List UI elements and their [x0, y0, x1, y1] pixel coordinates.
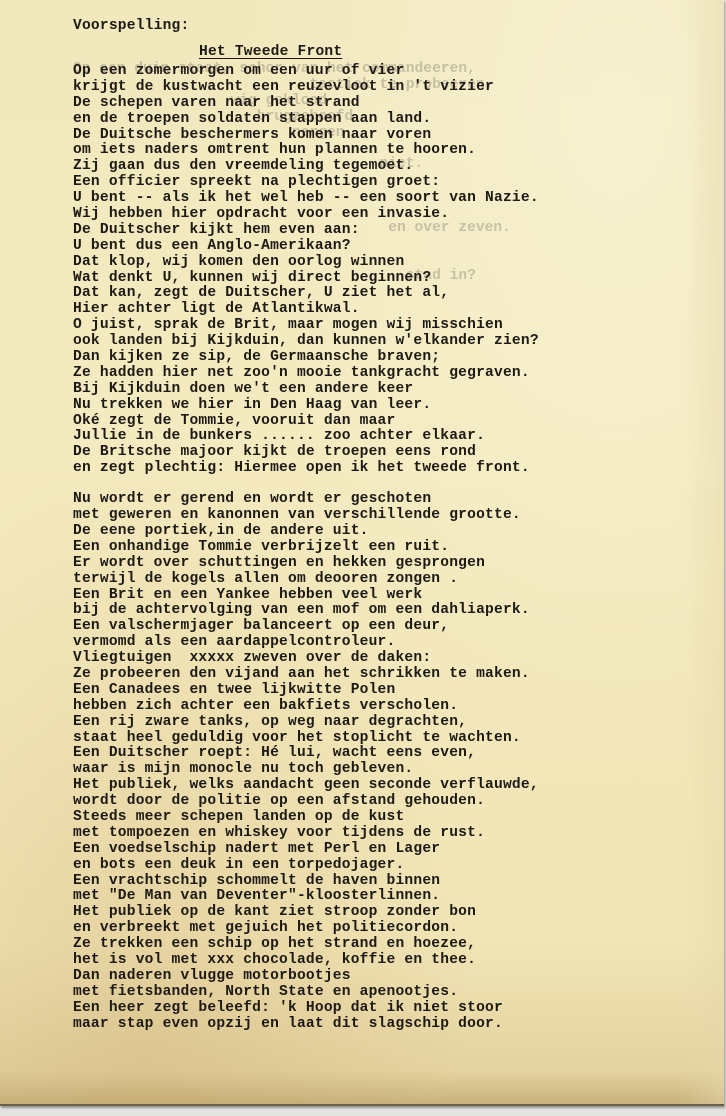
- poem-line: Bij Kijkduin doen we't een andere keer: [73, 382, 539, 398]
- poem-line: en de troepen soldaten stappen aan land.: [73, 112, 539, 128]
- poem-line: O juist, sprak de Brit, maar mogen wij m…: [73, 318, 539, 334]
- poem-line: Dat klop, wij komen den oorlog winnen: [73, 255, 539, 271]
- poem-line: vermomd als een aardappelcontroleur.: [73, 635, 539, 651]
- poem-line: U bent dus een Anglo-Amerikaan?: [73, 239, 539, 255]
- poem-line: Dan kijken ze sip, de Germaansche braven…: [73, 350, 539, 366]
- poem-line: Dat kan, zegt de Duitscher, U ziet het a…: [73, 286, 539, 302]
- poem-line: Het publiek, welks aandacht geen seconde…: [73, 778, 539, 794]
- poem-line: met geweren en kanonnen van verschillend…: [73, 508, 539, 524]
- poem-line: Oké zegt de Tommie, vooruit dan maar: [73, 414, 539, 430]
- poem-line: Het publiek op de kant ziet stroop zonde…: [73, 905, 539, 921]
- poem-line: Wat denkt U, kunnen wij direct beginnen?: [73, 271, 539, 287]
- poem-line: Een officier spreekt na plechtigen groet…: [73, 175, 539, 191]
- poem-line: Een valschermjager balanceert op een deu…: [73, 619, 539, 635]
- poem-line: om iets naders omtrent hun plannen te ho…: [73, 143, 539, 159]
- poem-line: terwijl de kogels allen om deooren zonge…: [73, 572, 539, 588]
- poem-line: met tompoezen en whiskey voor tijdens de…: [73, 826, 539, 842]
- poem-line: De schepen varen naar het strand: [73, 96, 539, 112]
- poem-line: Steeds meer schepen landen op de kust: [73, 810, 539, 826]
- poem-line: staat heel geduldig voor het stoplicht t…: [73, 731, 539, 747]
- poem-line: Ze hadden hier net zoo'n mooie tankgrach…: [73, 366, 539, 382]
- poem-line: krijgt de kustwacht een reuzevloot in 't…: [73, 80, 539, 96]
- poem-line: Dan naderen vlugge motorbootjes: [73, 969, 539, 985]
- poem-line: Op een zomermorgen om een uur of vier: [73, 64, 539, 80]
- poem-line: Er wordt over schuttingen en hekken gesp…: [73, 556, 539, 572]
- typewritten-document: Voorspelling: Het Tweede Front Op een zo…: [73, 18, 539, 1032]
- document-heading: Voorspelling:: [73, 18, 539, 34]
- poem-line: U bent -- als ik het wel heb -- een soor…: [73, 191, 539, 207]
- poem-line: en bots een deuk in een torpedojager.: [73, 858, 539, 874]
- poem-line: Wij hebben hier opdracht voor een invasi…: [73, 207, 539, 223]
- poem-line: Vliegtuigen xxxxx zweven over de daken:: [73, 651, 539, 667]
- poem-line: wordt door de politie op een afstand geh…: [73, 794, 539, 810]
- poem-line: Een heer zegt beleefd: 'k Hoop dat ik ni…: [73, 1001, 539, 1017]
- poem-line: met fietsbanden, North State en apenootj…: [73, 985, 539, 1001]
- poem-line: De Britsche majoor kijkt de troepen eens…: [73, 445, 539, 461]
- poem-line: Een Canadees en twee lijkwitte Polen: [73, 683, 539, 699]
- poem-line: Een Duitscher roept: Hé lui, wacht eens …: [73, 746, 539, 762]
- poem-line: Een Brit en een Yankee hebben veel werk: [73, 588, 539, 604]
- poem-line: Jullie in de bunkers ...... zoo achter e…: [73, 429, 539, 445]
- poem-line: het is vol met xxx chocolade, koffie en …: [73, 953, 539, 969]
- stanza: Op een zomermorgen om een uur of vierkri…: [73, 64, 539, 477]
- poem-line: De eene portiek,in de andere uit.: [73, 524, 539, 540]
- poem-line: Nu wordt er gerend en wordt er geschoten: [73, 492, 539, 508]
- poem-line: Hier achter ligt de Atlantikwal.: [73, 302, 539, 318]
- poem-line: Ze probeeren den vijand aan het schrikke…: [73, 667, 539, 683]
- poem-line: Ze trekken een schip op het strand en ho…: [73, 937, 539, 953]
- poem-title: Het Tweede Front: [199, 44, 342, 60]
- paper-sheet: Op een duin staat, schor van het command…: [0, 0, 724, 1106]
- poem-line: hebben zich achter een bakfiets verschol…: [73, 699, 539, 715]
- poem-line: Nu trekken we hier in Den Haag van leer.: [73, 398, 539, 414]
- poem-line: ook landen bij Kijkduin, dan kunnen w'el…: [73, 334, 539, 350]
- poem-line: Een vrachtschip schommelt de haven binne…: [73, 874, 539, 890]
- stanza: Nu wordt er gerend en wordt er geschoten…: [73, 492, 539, 1032]
- poem-line: en verbreekt met gejuich het politiecord…: [73, 921, 539, 937]
- poem-line: met "De Man van Deventer"-kloosterlinnen…: [73, 889, 539, 905]
- poem-body: Op een zomermorgen om een uur of vierkri…: [73, 64, 539, 1032]
- poem-line: waar is mijn monocle nu toch gebleven.: [73, 762, 539, 778]
- poem-line: Een voedselschip nadert met Perl en Lage…: [73, 842, 539, 858]
- title-row: Het Tweede Front: [73, 44, 539, 64]
- poem-line: maar stap even opzij en laat dit slagsch…: [73, 1017, 539, 1033]
- poem-line: Zij gaan dus den vreemdeling tegemoet.: [73, 159, 539, 175]
- poem-line: De Duitsche beschermers komen naar voren: [73, 128, 539, 144]
- poem-line: De Duitscher kijkt hem even aan:: [73, 223, 539, 239]
- poem-line: Een rij zware tanks, op weg naar degrach…: [73, 715, 539, 731]
- poem-line: en zegt plechtig: Hiermee open ik het tw…: [73, 461, 539, 477]
- poem-line: bij de achtervolging van een mof om een …: [73, 603, 539, 619]
- poem-line: Een onhandige Tommie verbrijzelt een rui…: [73, 540, 539, 556]
